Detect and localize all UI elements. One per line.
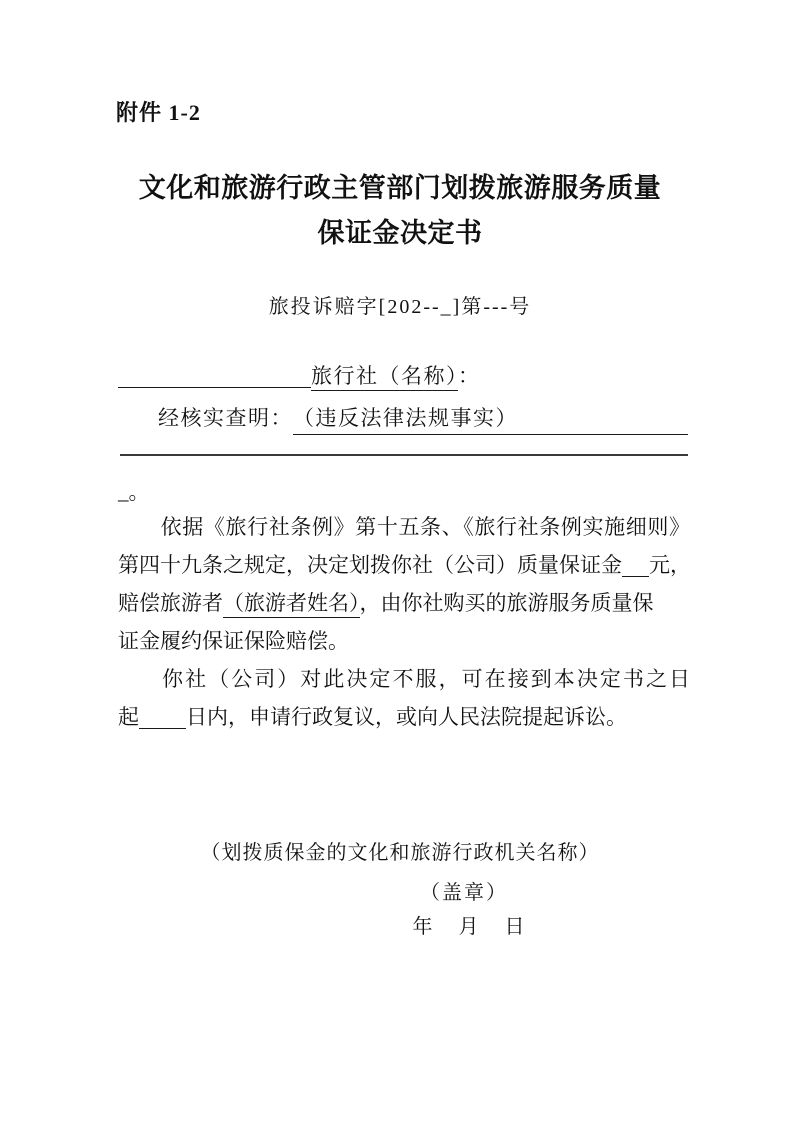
para1-line4: 证金履约保证保险赔偿。 xyxy=(118,624,690,662)
violation-facts-blank xyxy=(518,403,688,435)
document-number: 旅投诉赔字[202--_]第---号 xyxy=(0,290,800,319)
issuing-agency-name: （划拨质保金的文化和旅游行政机关名称） xyxy=(0,836,800,865)
para2-line1-text: 你社（公司）对此决定不服，可在接到本决定书之日 xyxy=(160,667,690,691)
para1-line1-text: 依据《旅行社条例》第十五条、《旅行社条例实施细则》 xyxy=(160,515,690,539)
para1-line3-text-pre: 赔偿旅游者 xyxy=(118,591,223,615)
document-title: 文化和旅游行政主管部门划拨旅游服务质量 保证金决定书 xyxy=(0,166,800,256)
travel-agency-colon: ： xyxy=(458,364,481,388)
verified-findings-line: 经核实查明： （违反法律法规事实） xyxy=(118,403,688,435)
para1-line2: 第四十九条之规定，决定划拨你社（公司）质量保证金元， xyxy=(118,548,690,586)
document-page: 附件 1-2 文化和旅游行政主管部门划拨旅游服务质量 保证金决定书 旅投诉赔字[… xyxy=(0,0,800,1131)
attachment-label: 附件 1-2 xyxy=(116,96,201,127)
para1-line4-text: 证金履约保证保险赔偿。 xyxy=(118,629,349,653)
travel-agency-line: 旅行社（名称）： xyxy=(118,360,690,390)
seal-label: （盖章） xyxy=(128,876,800,905)
verified-label: 经核实查明： xyxy=(158,403,293,435)
para2-line1: 你社（公司）对此决定不服，可在接到本决定书之日 xyxy=(118,662,690,700)
document-title-line1: 文化和旅游行政主管部门划拨旅游服务质量 xyxy=(0,166,800,211)
date-line: 年 月 日 xyxy=(140,910,800,939)
travel-agency-name-blank xyxy=(118,366,311,388)
violation-facts-placeholder: （违反法律法规事实） xyxy=(293,403,518,435)
decision-body: 依据《旅行社条例》第十五条、《旅行社条例实施细则》 第四十九条之规定，决定划拨你… xyxy=(118,510,690,738)
para1-line2-text-pre: 第四十九条之规定，决定划拨你社（公司）质量保证金 xyxy=(118,553,622,577)
trailing-period-fragment: _。 xyxy=(118,476,150,506)
travel-agency-label: 旅行社（名称） xyxy=(311,364,458,391)
paragraph-indent xyxy=(118,403,158,435)
para2-line2-text-pre: 起 xyxy=(118,705,139,729)
para2-line2-text-post: 日内，申请行政复议，或向人民法院提起诉讼。 xyxy=(186,705,627,729)
blank-line-rule xyxy=(120,436,688,456)
para1-line3-text-post: ，由你社购买的旅游服务质量保 xyxy=(360,591,654,615)
para2-line2: 起日内，申请行政复议，或向人民法院提起诉讼。 xyxy=(118,700,690,738)
para1-line3: 赔偿旅游者（旅游者姓名），由你社购买的旅游服务质量保 xyxy=(118,586,690,624)
para1-line2-text-post: 元， xyxy=(649,553,691,577)
tourist-name-placeholder: （旅游者姓名） xyxy=(223,591,360,618)
deposit-amount-blank xyxy=(622,555,649,577)
appeal-days-blank xyxy=(139,707,186,729)
document-title-line2: 保证金决定书 xyxy=(0,211,800,256)
para1-line1: 依据《旅行社条例》第十五条、《旅行社条例实施细则》 xyxy=(118,510,690,548)
